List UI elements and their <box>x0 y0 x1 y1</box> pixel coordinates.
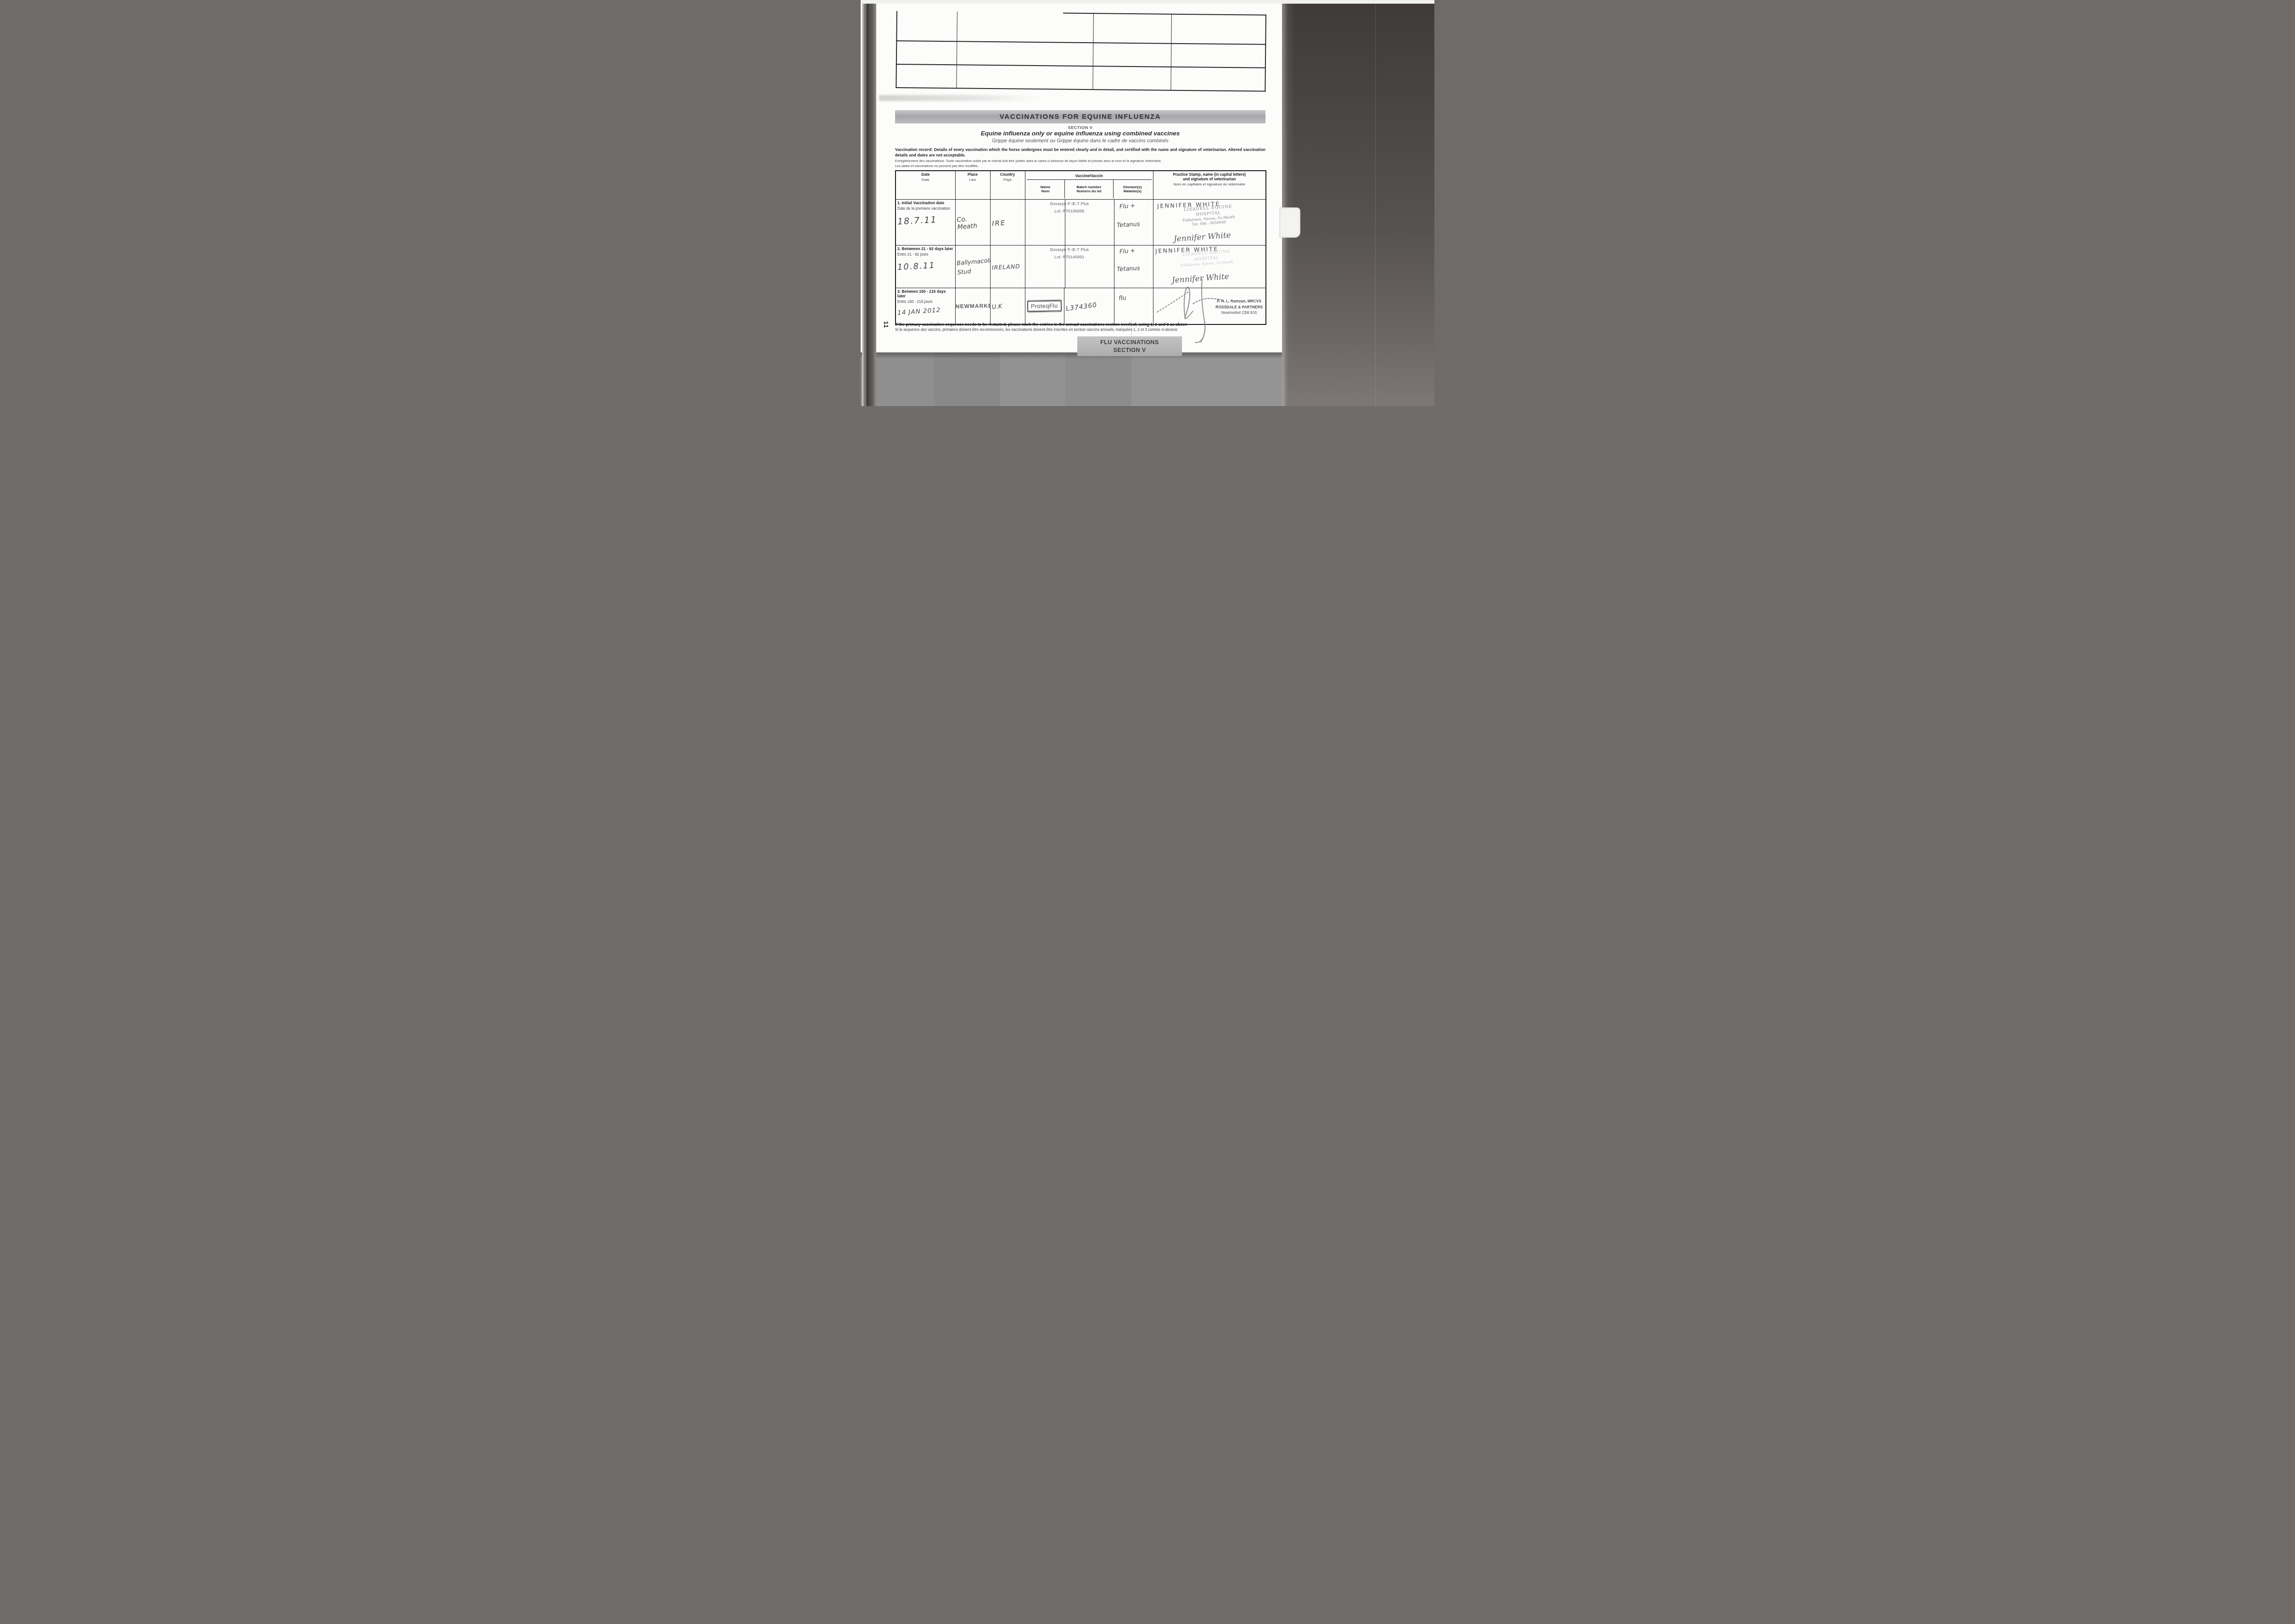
col-header-vaccine-group: Vaccine/Vaccin Name Nom Batch number Num… <box>1025 171 1153 200</box>
table-row: 2. Betweeen 21 - 92 days later Entre 21 … <box>896 246 1266 288</box>
row2-place-cell: Ballymacoll Stud <box>955 246 990 288</box>
flu-tab-line1: FLU VACCINATIONS <box>1100 339 1159 346</box>
row1-practice-cell: JENNIFER WHITE LISADELL EQUINE HOSPITAL … <box>1153 200 1266 246</box>
section-banner: VACCINATIONS FOR EQUINE INFLUENZA <box>895 110 1265 123</box>
row3-vaccine-box-stamp: ProteqFlu <box>1027 300 1062 312</box>
col-header-country: Country Pays <box>990 171 1025 200</box>
col-header-name: Name Nom <box>1027 180 1064 198</box>
row2-vaccine-cell: Duvaxyn ® IE-T Plus Lot: RT0140001 <box>1025 246 1114 288</box>
row3-place-stamp: NEWMARKET <box>955 302 990 309</box>
row2-date-handwriting: 10.8.11 <box>897 260 954 272</box>
scanned-passport-page: VACCINATIONS FOR EQUINE INFLUENZA SECTIO… <box>861 0 1434 406</box>
row2-signature: Jennifer White <box>1171 272 1229 285</box>
col-header-practice: Practice Stamp, name (in capital letters… <box>1153 171 1266 200</box>
row3-batch-cell: L374360 <box>1064 288 1114 324</box>
section-label: SECTION V <box>895 125 1265 130</box>
row2-practice-cell: JENNIFER WHITE LISADELL EQUINE HOSPITAL … <box>1153 246 1266 288</box>
row2-country-cell: IRELAND <box>990 246 1025 288</box>
row3-date-handwriting: 14 JAN 2012 <box>897 306 954 317</box>
banner-title: VACCINATIONS FOR EQUINE INFLUENZA <box>1000 113 1161 121</box>
row2-label-cell: 2. Betweeen 21 - 92 days later Entre 21 … <box>896 246 955 288</box>
row3-vaccine-name-cell: ProteqFlu <box>1025 288 1064 324</box>
row3-practice-cell: P. H. L. Ramzan, MRCVS ROSSDALE & PARTNE… <box>1153 288 1266 324</box>
scan-smudge <box>879 95 1040 101</box>
col-header-batch: Batch number Numéro du lot <box>1064 180 1113 198</box>
row1-disease-cell: Flu + Tetanus <box>1114 200 1153 246</box>
scan-top-strip <box>861 0 1434 4</box>
intro-text-fr1: Enregistrement des vaccinations: Toute v… <box>895 159 1265 164</box>
table-row: 3. Between 150 - 215 days later Entre 15… <box>896 288 1266 324</box>
empty-grid-table <box>896 11 1266 92</box>
col-header-date: Date Date <box>896 171 955 200</box>
row1-date-handwriting: 18.7.11 <box>897 214 954 227</box>
col-header-disease: Disease(s) Maladie(s) <box>1113 180 1151 198</box>
intro-text-fr2: Les dates et vaccinations ne peuvent pas… <box>895 164 1265 169</box>
page-edge-tab <box>1279 207 1300 238</box>
footer-text-en: If the primary vaccination sequence need… <box>895 322 1265 327</box>
footer-text-fr: Si la sequence des vaccins, primaires do… <box>895 328 1265 332</box>
vaccine-group-label: Vaccine/Vaccin <box>1027 172 1152 180</box>
intro-paragraph: Vaccination record: Details of every vac… <box>895 147 1265 169</box>
section-title-en: Equine influenza only or equine influenz… <box>895 130 1265 137</box>
row1-label-cell: 1. Initial Vaccination date Date de la p… <box>896 200 955 246</box>
row2-vaccine-stamp: Duvaxyn ® IE-T Plus Lot: RT0140001 <box>1027 246 1113 261</box>
page-number: 11 <box>883 321 890 329</box>
scanner-background-bottom <box>861 352 1282 406</box>
scanner-background-right <box>1282 4 1434 406</box>
row1-place-cell: Co. Meath <box>955 200 990 246</box>
row2-disease-cell: Flu + Tetanus <box>1114 246 1153 288</box>
row3-place-cell: NEWMARKET <box>955 288 990 324</box>
col-header-place: Place Lieu <box>955 171 990 200</box>
row3-label-cell: 3. Between 150 - 215 days later Entre 15… <box>896 288 955 324</box>
section-title-fr: Grippe équine seulement ou Grippe équine… <box>895 138 1265 144</box>
table-row: 1. Initial Vaccination date Date de la p… <box>896 200 1266 246</box>
binding-shadow-strip <box>862 4 876 406</box>
row1-vaccine-cell: Duvaxyn ® IE-T Plus Lot: RT0100005 <box>1025 200 1114 246</box>
vaccination-table: Date Date Place Lieu Country Pays Vaccin… <box>895 170 1266 325</box>
row1-country-cell: IRE <box>990 200 1025 246</box>
intro-text-en: Vaccination record: Details of every vac… <box>895 147 1265 158</box>
flu-tab-line2: SECTION V <box>1114 346 1146 354</box>
row3-practice-stamp: P. H. L. Ramzan, MRCVS ROSSDALE & PARTNE… <box>1215 298 1263 316</box>
flu-vaccinations-tab: FLU VACCINATIONS SECTION V <box>1077 336 1182 356</box>
row1-signature: Jennifer White <box>1173 231 1231 244</box>
row3-country-cell: U.K <box>990 288 1025 324</box>
row3-disease-cell: flu <box>1114 288 1153 324</box>
table-header-row: Date Date Place Lieu Country Pays Vaccin… <box>896 171 1266 200</box>
footer-note: If the primary vaccination sequence need… <box>895 322 1265 332</box>
row1-vaccine-stamp: Duvaxyn ® IE-T Plus Lot: RT0100005 <box>1027 201 1113 215</box>
